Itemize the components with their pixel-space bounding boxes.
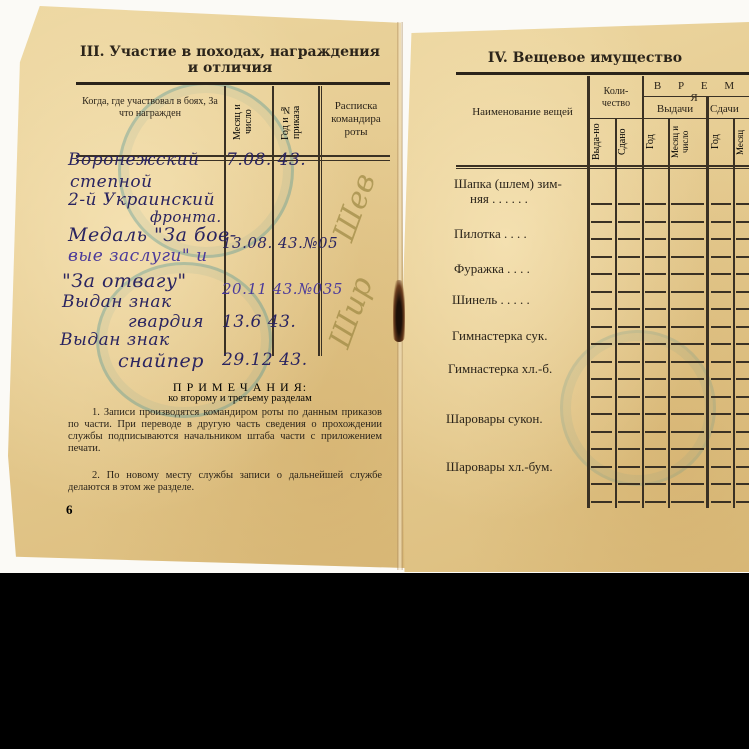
- header-rule: [76, 82, 390, 85]
- grid-row-line: [711, 396, 731, 398]
- grid-row-line: [618, 483, 640, 485]
- grid-row-line: [591, 326, 612, 328]
- grid-row-line: [736, 273, 749, 275]
- grid-row-line: [736, 343, 749, 345]
- grid-row-line: [671, 326, 704, 328]
- grid-row-line: [591, 378, 612, 380]
- grid-row-line: [591, 273, 612, 275]
- date-3: 20.11 43.№035: [222, 280, 343, 298]
- page-number: 6: [66, 502, 73, 518]
- header-month-day-issue: Месяц и число: [670, 120, 704, 164]
- entry-steppe: степной: [70, 172, 153, 192]
- grid-row-line: [671, 238, 704, 240]
- grid-row-line: [645, 378, 666, 380]
- grid-row-line: [671, 483, 704, 485]
- grid-row-line: [671, 291, 704, 293]
- note-2: 2. По новому месту службы записи о дальн…: [68, 470, 382, 494]
- grid-row-line: [591, 238, 612, 240]
- grid-row-line: [591, 308, 612, 310]
- grid-row-line: [645, 203, 666, 205]
- grid-row-line: [736, 466, 749, 468]
- grid-row-line: [618, 431, 640, 433]
- item-winter-hat: Шапка (шлем) зим-: [454, 176, 562, 192]
- item-trousers-cotton: Шаровары хл.-бум.: [446, 459, 553, 475]
- time-sub-rule: [644, 96, 749, 97]
- grid-col-6: [733, 118, 735, 508]
- grid-row-line: [671, 343, 704, 345]
- grid-row-line: [591, 501, 612, 503]
- grid-row-line: [618, 396, 640, 398]
- staple-hole: [393, 280, 405, 342]
- date-4: 13.6 43.: [222, 312, 296, 332]
- grid-row-line: [645, 326, 666, 328]
- entry-guards: гвардия: [128, 312, 204, 332]
- grid-row-line: [645, 413, 666, 415]
- entry-bravery: "За отвагу": [62, 270, 187, 292]
- grid-row-line: [618, 273, 640, 275]
- grid-row-line: [711, 308, 731, 310]
- grid-row-line: [671, 378, 704, 380]
- header-issued: Выда-но: [591, 120, 615, 164]
- grid-row-line: [736, 483, 749, 485]
- grid-row-line: [618, 466, 640, 468]
- grid-col-4: [668, 118, 670, 508]
- grid-row-line: [645, 466, 666, 468]
- grid-row-line: [645, 238, 666, 240]
- grid-row-line: [711, 291, 731, 293]
- grid-row-line: [671, 221, 704, 223]
- item-peaked-cap: Фуражка . . . .: [454, 261, 530, 277]
- header-year: Год: [645, 120, 667, 164]
- grid-row-line: [711, 221, 731, 223]
- item-trousers-wool: Шаровары сукон.: [446, 411, 543, 427]
- grid-row-line: [736, 431, 749, 433]
- grid-row-line: [591, 361, 612, 363]
- grid-row-line: [671, 273, 704, 275]
- grid-row-line: [618, 238, 640, 240]
- grid-row-line: [671, 203, 704, 205]
- grid-row-line: [736, 378, 749, 380]
- header-year-return: Год: [710, 120, 732, 164]
- header-issue-group: Выдачи: [644, 103, 706, 115]
- grid-row-line: [645, 343, 666, 345]
- grid-row-line: [591, 483, 612, 485]
- grid-row-line: [711, 326, 731, 328]
- section-title-iv: IV. Вещевое имущество: [470, 50, 700, 66]
- grid-row-line: [711, 343, 731, 345]
- item-greatcoat: Шинель . . . . .: [452, 292, 530, 308]
- grid-row-line: [736, 256, 749, 258]
- section-title-line2: и отличия: [70, 60, 390, 76]
- header-month-return: Месяц: [735, 120, 749, 164]
- grid-row-line: [736, 361, 749, 363]
- header-year-order: Год и № приказа: [280, 92, 312, 152]
- grid-row-line: [711, 203, 731, 205]
- grid-row-line: [671, 501, 704, 503]
- grid-row-line: [711, 448, 731, 450]
- grid-row-line: [618, 361, 640, 363]
- grid-row-line: [736, 308, 749, 310]
- grid-row-line: [736, 326, 749, 328]
- grid-row-line: [645, 273, 666, 275]
- grid-row-line: [645, 291, 666, 293]
- grid-row-line: [645, 396, 666, 398]
- entry-ukrainian: 2-й Украинский: [68, 190, 215, 210]
- grid-row-line: [711, 501, 731, 503]
- grid-row-line: [618, 343, 640, 345]
- grid-row-line: [645, 501, 666, 503]
- grid-row-line: [711, 238, 731, 240]
- section-title-line1: III. Участие в походах, награждения: [70, 44, 390, 60]
- grid-row-line: [645, 221, 666, 223]
- grid-row-line: [736, 413, 749, 415]
- grid-row-line: [645, 308, 666, 310]
- grid-row-line: [591, 413, 612, 415]
- entry-badge-issued-1: Выдан знак: [62, 292, 172, 312]
- stamp-seal-right: [560, 330, 716, 486]
- grid-col-2: [615, 118, 617, 508]
- grid-row-line: [711, 361, 731, 363]
- header-time: В Р Е М Я: [646, 80, 749, 104]
- grid-row-line: [671, 413, 704, 415]
- grid-row-line: [736, 238, 749, 240]
- grid-row-line: [671, 361, 704, 363]
- date-1: 7.08. 43.: [226, 150, 306, 170]
- col-divider-3: [318, 86, 320, 356]
- grid-row-line: [618, 203, 640, 205]
- grid-row-line: [671, 308, 704, 310]
- grid-row-line: [618, 326, 640, 328]
- grid-row-line: [591, 396, 612, 398]
- entry-voronezh: Воронежский: [68, 150, 200, 170]
- grid-row-line: [591, 291, 612, 293]
- header-commander-receipt: Расписка командира роты: [322, 100, 390, 139]
- grid-row-line: [736, 396, 749, 398]
- grid-row-line: [671, 448, 704, 450]
- grid-row-line: [645, 361, 666, 363]
- header-returned: Сдано: [617, 120, 641, 164]
- grid-row-line: [645, 483, 666, 485]
- grid-row-line: [671, 256, 704, 258]
- grid-row-line: [711, 273, 731, 275]
- item-tunic-cotton: Гимнастерка хл.-б.: [448, 361, 552, 377]
- grid-row-line: [736, 221, 749, 223]
- grid-row-line: [618, 256, 640, 258]
- grid-row-line: [736, 291, 749, 293]
- grid-row-line: [711, 256, 731, 258]
- header-item-name: Наименование вещей: [460, 106, 585, 118]
- entry-badge-issued-2: Выдан знак: [60, 330, 170, 350]
- grid-row-line: [618, 308, 640, 310]
- grid-row-line: [711, 413, 731, 415]
- header-month-day: Месяц и число: [232, 92, 264, 152]
- grid-row-line: [671, 431, 704, 433]
- item-tunic-wool: Гимнастерка сук.: [452, 328, 547, 344]
- grid-row-line: [711, 483, 731, 485]
- grid-row-line: [711, 378, 731, 380]
- grid-row-line: [645, 448, 666, 450]
- grid-row-line: [618, 413, 640, 415]
- header-return-group: Сдачи: [710, 103, 749, 115]
- grid-row-line: [711, 466, 731, 468]
- grid-row-line: [618, 221, 640, 223]
- grid-row-line: [591, 448, 612, 450]
- grid-row-line: [591, 256, 612, 258]
- header-when-where: Когда, где участвовал в боях, За что наг…: [76, 96, 224, 120]
- grid-row-line: [591, 203, 612, 205]
- grid-row-line: [645, 431, 666, 433]
- item-winter-hat-cont: няя . . . . . .: [470, 191, 528, 207]
- grid-col-1b: [589, 76, 590, 508]
- entry-merits: вые заслуги" и: [68, 246, 208, 266]
- grid-row-line: [618, 378, 640, 380]
- item-field-cap: Пилотка . . . .: [454, 226, 527, 242]
- grid-row-line: [736, 448, 749, 450]
- entry-sniper: снайпер: [118, 350, 204, 372]
- grid-row-line: [671, 466, 704, 468]
- header-quantity: Коли-чество: [590, 86, 642, 110]
- grid-col-3: [642, 76, 644, 508]
- grid-row-line: [591, 343, 612, 345]
- entry-medal: Медаль "За бое-: [68, 224, 237, 246]
- grid-row-line: [736, 501, 749, 503]
- grid-row-line: [591, 466, 612, 468]
- grid-row-line: [618, 291, 640, 293]
- grid-row-line: [711, 431, 731, 433]
- grid-row-line: [645, 256, 666, 258]
- grid-col-5b: [708, 96, 709, 508]
- note-1: 1. Записи производятся командиром роты п…: [68, 407, 382, 455]
- grid-row-line: [671, 396, 704, 398]
- right-header-rule: [456, 72, 749, 75]
- grid-row-line: [591, 431, 612, 433]
- notes-subtitle: ко второму и третьему разделам: [130, 393, 350, 404]
- date-5: 29.12 43.: [222, 350, 308, 370]
- grid-row-line: [591, 221, 612, 223]
- grid-row-line: [618, 501, 640, 503]
- date-2: 13.08. 43.№05: [222, 234, 338, 252]
- grid-row-line: [618, 448, 640, 450]
- grid-row-line: [736, 203, 749, 205]
